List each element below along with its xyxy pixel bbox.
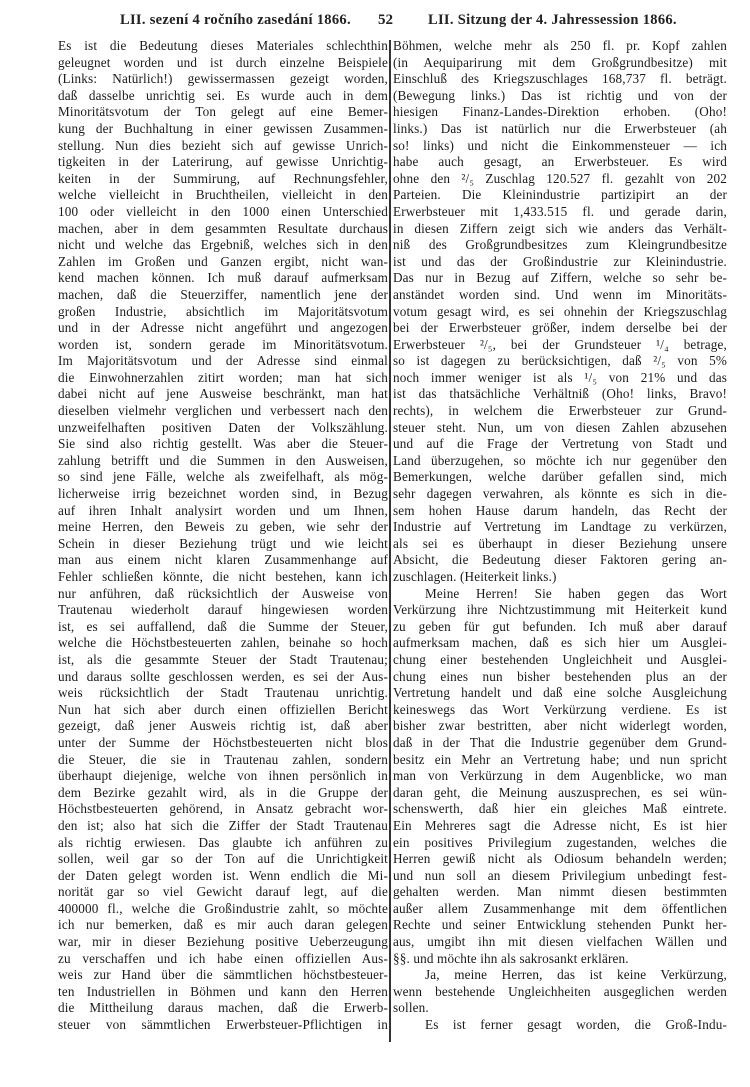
text-line: (Bewegung links.) Das ist richtig und vo… — [393, 88, 727, 105]
text-line: machen, daß die Steuerziffer, namentlich… — [58, 287, 388, 304]
text-line: weis zur Hand über die sämmtlichen höchs… — [58, 967, 388, 984]
text-line: Höchstbesteuerten gehörend, in Ansatz ge… — [58, 801, 388, 818]
text-line: zahlung betrifft und die Summen in den A… — [58, 453, 388, 470]
text-line: links.) Das ist natürlich nur die Erwerb… — [393, 121, 727, 138]
text-line: gezeigt, daß jener Ausweis richtig ist, … — [58, 718, 388, 735]
text-line: Ja, meine Herren, das ist keine Verkürzu… — [393, 967, 727, 984]
text-line: Sie sind also richtig gestellt. Was aber… — [58, 436, 388, 453]
text-line: als sei es überhaupt in dieser Beziehung… — [393, 536, 727, 553]
text-line: Parteien. Die Kleinindustrie partizipirt… — [393, 187, 727, 204]
text-line: hiesigen Finanz-Landes-Direktion erhoben… — [393, 104, 727, 121]
text-line: und in der Adresse nicht angeführt und a… — [58, 320, 388, 337]
text-line: zu verschaffen und ich habe einen offizi… — [58, 951, 388, 968]
text-line: Industrie auf Vertretung im Landtage zu … — [393, 519, 727, 536]
text-line: 100 oder vielleicht in den 1000 einen Un… — [58, 204, 388, 221]
text-line: großen Industrie, absichtlich im Majorit… — [58, 304, 388, 321]
text-line: Das nur in Bezug auf Ziffern, welche so … — [393, 270, 727, 287]
text-line: §§. und möchte ihn als sakrosankt erklär… — [393, 951, 727, 968]
text-line: chung einer bestehenden Ungleichheit und… — [393, 652, 727, 669]
text-line: Ein Mehreres sagt die Adresse nicht, Es … — [393, 818, 727, 835]
text-line: sem hohen Hause darum handeln, das Recht… — [393, 503, 727, 520]
text-line: ein positives Privilegium zugestanden, w… — [393, 835, 727, 852]
text-line: steuer steht. Nun, um von diesen Zahlen … — [393, 420, 727, 437]
text-line: Absicht, die Bedeutung dieser Faktoren g… — [393, 552, 727, 569]
text-line: Trautenau wiederholt darauf hingewiesen … — [58, 602, 388, 619]
text-line: besitz ein Mehr an Vertretung habe; und … — [393, 752, 727, 769]
text-line: (Links: Natürlich!) gewissermassen gezei… — [58, 71, 388, 88]
text-line: nicht und welche das Ergebniß, welches s… — [58, 237, 388, 254]
text-line: Vertretung handelt und daß eine solche A… — [393, 685, 727, 702]
text-line: daß in der That die Industrie gegenüber … — [393, 735, 727, 752]
text-line: ist das thatsächliche Verhältniß (Oho! l… — [393, 386, 727, 403]
text-line: niß des Großgrundbesitzes zum Kleingrund… — [393, 237, 727, 254]
text-line: Zahlen im Großen und Ganzen ergibt, nich… — [58, 254, 388, 271]
text-line: Fehler schließen könnte, die nicht beste… — [58, 569, 388, 586]
text-line: daß dasselbe unrichtig sei. Es wurde auc… — [58, 88, 388, 105]
text-line: der Daten gelegt worden ist. Wenn endlic… — [58, 868, 388, 885]
text-line: Es ist die Bedeutung dieses Materiales s… — [58, 38, 388, 55]
text-line: aufmerksam machen, daß es sich hier um A… — [393, 635, 727, 652]
text-line: keineswegs das Wort Verkürzung verdiene.… — [393, 702, 727, 719]
text-line: machen, aber in dem gesammten Resultate … — [58, 221, 388, 238]
column-divider — [389, 40, 391, 1042]
header-czech: LII. sezení 4 ročního zasedání 1866. — [120, 12, 351, 29]
left-column: Es ist die Bedeutung dieses Materiales s… — [58, 38, 388, 1034]
page-header: LII. sezení 4 ročního zasedání 1866. 52 … — [0, 8, 750, 30]
text-line: dieselben vielmehr verglichen und verbes… — [58, 403, 388, 420]
text-line: ist, als die gesammte Steuer der Stadt T… — [58, 652, 388, 669]
text-line: die Einwohnerzahlen zitirt worden; man h… — [58, 370, 388, 387]
text-line: man von Verkürzung in dem Augenblicke, w… — [393, 768, 727, 785]
text-line: schenswerth, daß hier ein gleiches Maß e… — [393, 801, 727, 818]
text-line: und nun soll an diesem Privilegium unbed… — [393, 868, 727, 885]
text-line: dem Bezirke gezahlt wird, als in die Gru… — [58, 785, 388, 802]
text-line: man aus einem nicht klaren Zusammenhange… — [58, 552, 388, 569]
text-line: Im Majoritätsvotum und der Adresse sind … — [58, 353, 388, 370]
text-line: Rechte und seiner Entwicklung stehenden … — [393, 917, 727, 934]
text-line: nur anführen, daß rücksichtlich der Ausw… — [58, 586, 388, 603]
text-line: so! links) und nicht die Einkommensteuer… — [393, 138, 727, 155]
text-line: worden ist, sondern gerade im Minoritäts… — [58, 337, 388, 354]
text-line: die Steuer, die sie in Trautenau zahlen,… — [58, 752, 388, 769]
text-line: keiten in der Summirung, auf Rechnungsfe… — [58, 171, 388, 188]
text-line: Herren gewiß nicht als Odiosum behandeln… — [393, 851, 727, 868]
text-line: die Mittheilung daraus machen, daß die E… — [58, 1000, 388, 1017]
text-line: sollen, weil gar so der Ton auf die Unri… — [58, 851, 388, 868]
text-line: überhaupt diejenige, welche von ihnen pe… — [58, 768, 388, 785]
text-line: (in Aequiparirung mit dem Großgrundbesit… — [393, 55, 727, 72]
text-line: tigkeiten in der Laterirung, auf gewisse… — [58, 154, 388, 171]
text-line: aus, umgibt ihn mit diesen vielfachen Wä… — [393, 934, 727, 951]
text-line: Meine Herren! Sie haben gegen das Wort — [393, 586, 727, 603]
text-line: Böhmen, welche mehr als 250 fl. pr. Kopf… — [393, 38, 727, 55]
text-line: Erwerbsteuer mit 1,433.515 fl. und gerad… — [393, 204, 727, 221]
text-line: den ist; also hat sich die Ziffer der St… — [58, 818, 388, 835]
text-line: als richtig erwiesen. Das glaubte ich an… — [58, 835, 388, 852]
text-line: steuer von sämmtlichen Erwerbsteuer-Pfli… — [58, 1017, 388, 1034]
text-line: Schein in dieser Beziehung trügt und wie… — [58, 536, 388, 553]
text-line: Einschluß des Kriegszuschlages 168,737 f… — [393, 71, 727, 88]
text-line: Erwerbsteuer ²/₅, bei der Grundsteuer ¹/… — [393, 337, 727, 354]
text-line: kend machen können. Ich muß darauf aufme… — [58, 270, 388, 287]
text-line: Bemerkungen, welche darüber gefallen sin… — [393, 469, 727, 486]
text-line: Es ist ferner gesagt worden, die Groß-In… — [393, 1017, 727, 1034]
text-line: sollen. — [393, 1000, 727, 1017]
text-line: sehr dagegen verwahren, als könnte es si… — [393, 486, 727, 503]
text-line: ist, es sei auffallend, daß die Summe de… — [58, 619, 388, 636]
text-line: geleugnet worden und ist durch einzelne … — [58, 55, 388, 72]
text-line: zu geben für gut befunden. Ich muß aber … — [393, 619, 727, 636]
right-column: Böhmen, welche mehr als 250 fl. pr. Kopf… — [393, 38, 727, 1034]
text-line: ohne den ²/₅ Zuschlag 120.527 fl. gezahl… — [393, 171, 727, 188]
text-line: bisher zwar bestritten, aber nicht wider… — [393, 718, 727, 735]
text-line: war, mir in dieser Beziehung positive Ue… — [58, 934, 388, 951]
text-line: außer allem Zusammenhange mit dem öffent… — [393, 901, 727, 918]
text-line: Minoritätsvotum der Ton gelegt auf eine … — [58, 104, 388, 121]
text-line: stellung. Nun dies bezieht sich auf gewi… — [58, 138, 388, 155]
text-line: habe auch gesagt, an Erwerbsteuer. Es wi… — [393, 154, 727, 171]
text-line: 400000 fl., welche die Großindustrie zah… — [58, 901, 388, 918]
text-line: wenn bestehende Ungleichheiten ausgeglic… — [393, 984, 727, 1001]
text-line: auf ihren Inhalt analysirt worden und um… — [58, 503, 388, 520]
text-line: dabei nicht auf jene Ausweise beschränkt… — [58, 386, 388, 403]
text-line: welche die Höchstbesteuerten zahlen, bei… — [58, 635, 388, 652]
text-line: meine Herren, den Beweis zu geben, wie s… — [58, 519, 388, 536]
text-line: ist und das der Großindustrie zur Kleini… — [393, 254, 727, 271]
text-line: daran geht, die Meinung auszusprechen, e… — [393, 785, 727, 802]
text-line: anständet worden sind. Und wenn im Minor… — [393, 287, 727, 304]
text-line: zuschlagen. (Heiterkeit links.) — [393, 569, 727, 586]
text-line: so ist dagegen zu berücksichtigen, daß ²… — [393, 353, 727, 370]
text-line: noch immer weniger ist als ¹/₅ von 21% u… — [393, 370, 727, 387]
text-line: ich nur bemerken, daß es mir auch daran … — [58, 917, 388, 934]
text-line: norität gar so viel Gewicht darauf legt,… — [58, 884, 388, 901]
text-line: Nun hat sich aber durch einen offizielle… — [58, 702, 388, 719]
text-line: weis rücksichtlich der Stadt Trautenau u… — [58, 685, 388, 702]
text-line: Verkürzung ihre Nichtzustimmung mit Heit… — [393, 602, 727, 619]
text-line: unzweifelhaften positiven Daten der Volk… — [58, 420, 388, 437]
page-number: 52 — [378, 12, 393, 29]
text-line: ten Industriellen in Böhmen und kann den… — [58, 984, 388, 1001]
text-line: welche vielleicht in Bruchtheilen, viell… — [58, 187, 388, 204]
text-line: unter der Summe der Höchstbesteuerten ni… — [58, 735, 388, 752]
text-line: bei der Erwerbsteuer größer, indem derse… — [393, 320, 727, 337]
text-line: und auf die Frage der Vertretung von Sta… — [393, 436, 727, 453]
text-line: rechts), in welchem die Erwerbsteuer zur… — [393, 403, 727, 420]
text-line: gehalten werden. Man nimmt diesen bestim… — [393, 884, 727, 901]
text-line: und daraus sollte geschlossen werden, es… — [58, 669, 388, 686]
text-line: votum gesagt wird, es sei ohnehin der Kr… — [393, 304, 727, 321]
text-line: in diesen Ziffern zeigt sich wie anders … — [393, 221, 727, 238]
text-line: licherweise irrig bezeichnet worden sind… — [58, 486, 388, 503]
text-line: so sind jene Fälle, welche als zweifelha… — [58, 469, 388, 486]
header-german: LII. Sitzung der 4. Jahressession 1866. — [428, 12, 677, 29]
text-line: chung eines nun bisher bestehenden plus … — [393, 669, 727, 686]
text-line: Land überzugehen, so möchte ich nur gege… — [393, 453, 727, 470]
text-line: kung der Buchhaltung in einer gewissen Z… — [58, 121, 388, 138]
